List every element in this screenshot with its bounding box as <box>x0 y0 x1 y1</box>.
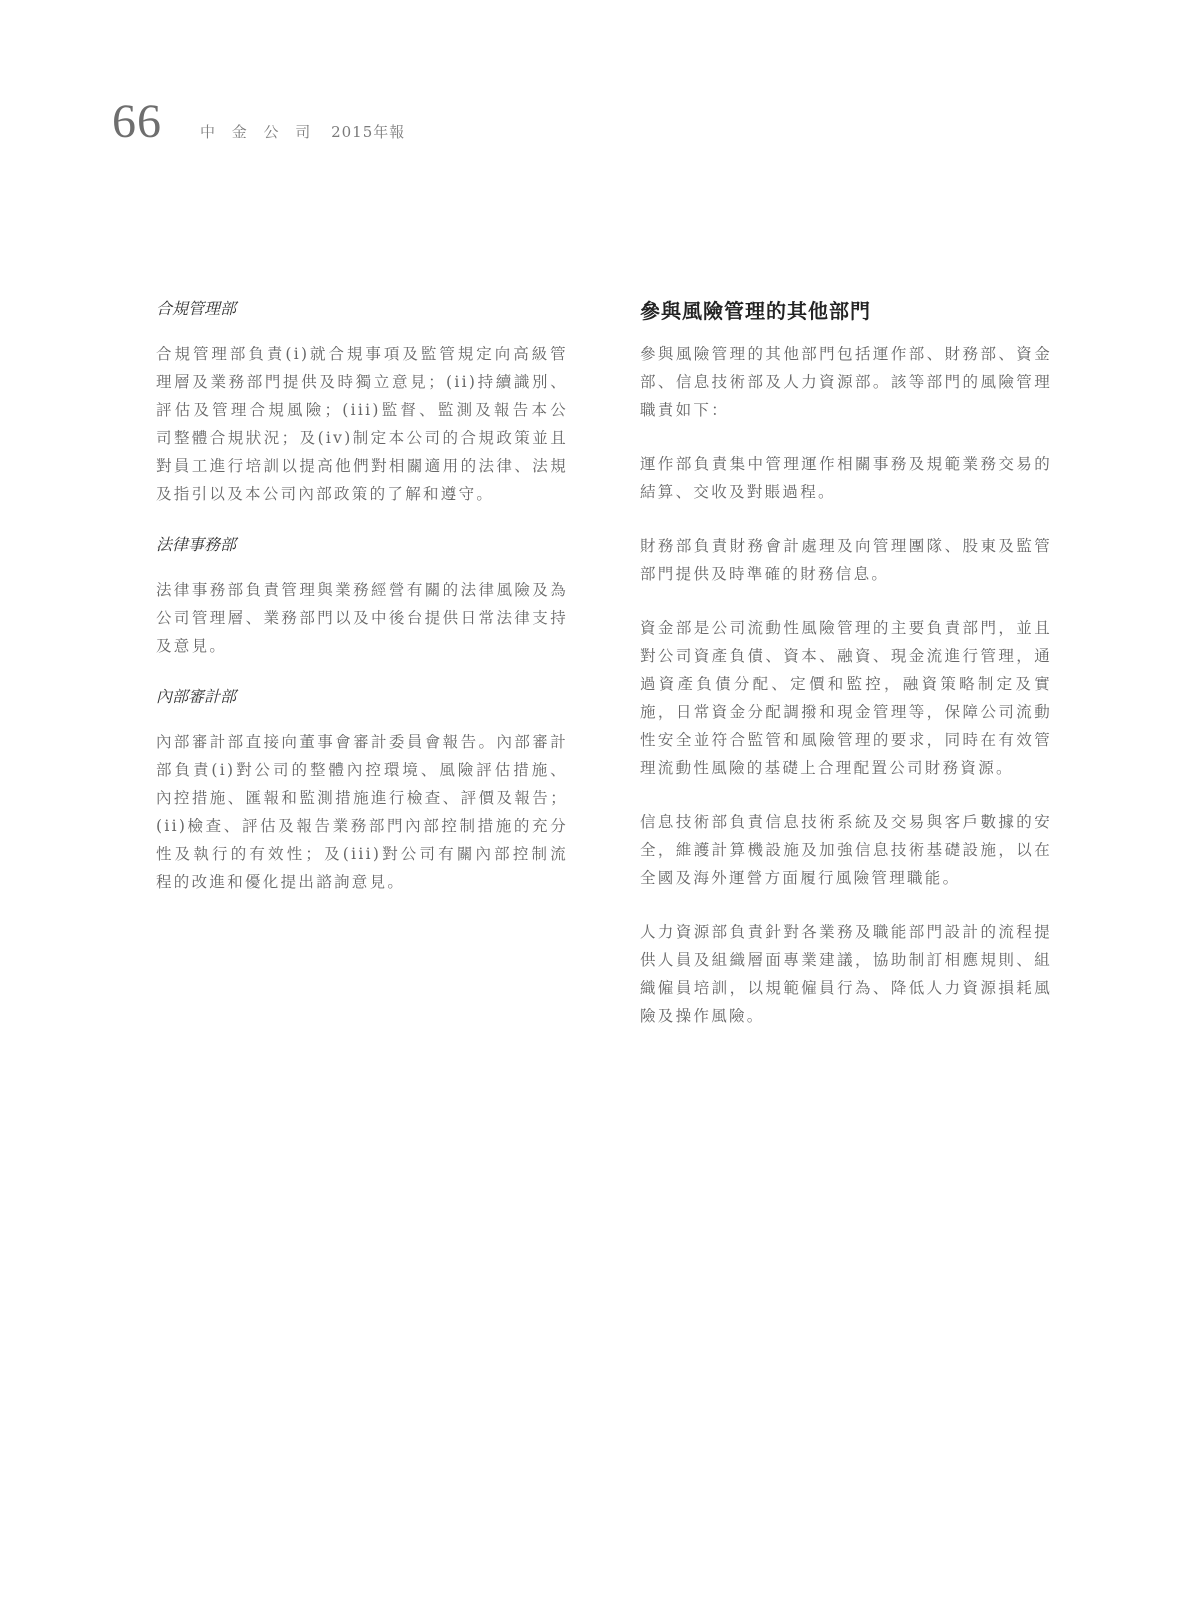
hr-paragraph: 人力資源部負責針對各業務及職能部門設計的流程提供人員及組織層面專業建議，協助制訂… <box>640 918 1052 1030</box>
section-compliance: 合規管理部 合規管理部負責(i)就合規事項及監管規定向高級管理層及業務部門提供及… <box>156 298 568 508</box>
report-year: 2015年報 <box>331 123 405 141</box>
company-name: 中 金 公 司 <box>200 123 316 141</box>
left-column: 合規管理部 合規管理部負責(i)就合規事項及監管規定向高級管理層及業務部門提供及… <box>156 298 568 922</box>
finance-paragraph: 財務部負責財務會計處理及向管理團隊、股東及監管部門提供及時準確的財務信息。 <box>640 532 1052 588</box>
section-body: 合規管理部負責(i)就合規事項及監管規定向高級管理層及業務部門提供及時獨立意見；… <box>156 340 568 508</box>
section-heading: 內部審計部 <box>156 686 568 708</box>
section-legal: 法律事務部 法律事務部負責管理與業務經營有關的法律風險及為公司管理層、業務部門以… <box>156 534 568 660</box>
treasury-paragraph: 資金部是公司流動性風險管理的主要負責部門，並且對公司資產負債、資本、融資、現金流… <box>640 614 1052 782</box>
it-paragraph: 信息技術部負責信息技術系統及交易與客戶數據的安全，維護計算機設施及加強信息技術基… <box>640 808 1052 892</box>
section-internal-audit: 內部審計部 內部審計部直接向董事會審計委員會報告。內部審計部負責(i)對公司的整… <box>156 686 568 896</box>
page-header: 66 中 金 公 司 2015年報 <box>112 98 405 146</box>
operations-paragraph: 運作部負責集中管理運作相關事務及規範業務交易的結算、交收及對賬過程。 <box>640 450 1052 506</box>
right-column: 參與風險管理的其他部門 參與風險管理的其他部門包括運作部、財務部、資金部、信息技… <box>640 298 1052 1030</box>
section-body: 內部審計部直接向董事會審計委員會報告。內部審計部負責(i)對公司的整體內控環境、… <box>156 728 568 896</box>
intro-paragraph: 參與風險管理的其他部門包括運作部、財務部、資金部、信息技術部及人力資源部。該等部… <box>640 340 1052 424</box>
section-heading: 合規管理部 <box>156 298 568 320</box>
page-number: 66 <box>112 98 162 146</box>
section-body: 法律事務部負責管理與業務經營有關的法律風險及為公司管理層、業務部門以及中後台提供… <box>156 576 568 660</box>
running-title: 中 金 公 司 2015年報 <box>200 121 405 142</box>
section-heading: 法律事務部 <box>156 534 568 556</box>
other-departments-heading: 參與風險管理的其他部門 <box>640 298 1052 324</box>
